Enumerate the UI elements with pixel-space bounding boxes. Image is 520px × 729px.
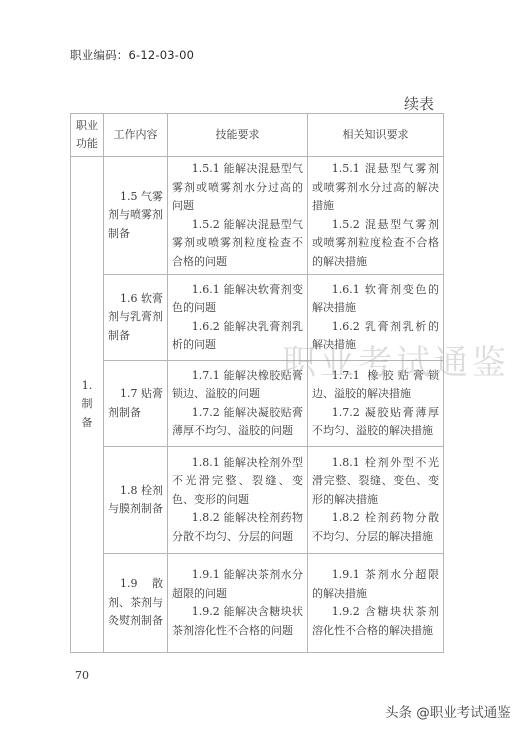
table-header-row: 职业 功能 工作内容 技能要求 相关知识要求: [71, 114, 444, 157]
work-content: 1.5 气雾剂与喷雾剂制备: [108, 190, 163, 240]
table-row: 1.9 散剂、茶剂与灸熨剂制备 1.9.1 能解决茶剂水分超限的问题 1.9.2…: [71, 554, 444, 653]
knowledge-item: 1.5.1 混悬型气雾剂或喷雾剂水分过高的解决措施: [312, 160, 439, 216]
work-content-cell: 1.6 软膏剂与乳膏剂制备: [104, 275, 168, 361]
skills-cell: 1.7.1 能解决橡胶贴膏锁边、溢胶的问题 1.7.2 能解决凝胶贴膏薄厚不均匀…: [168, 361, 308, 447]
work-content: 1.6 软膏剂与乳膏剂制备: [108, 292, 163, 342]
function-char: 备: [82, 416, 93, 429]
knowledge-cell: 1.8.1 栓剂外型不光滑完整、裂缝、变色、变形的解决措施 1.8.2 栓剂药物…: [308, 447, 444, 554]
header-function: 职业 功能: [71, 114, 104, 157]
skills-table: 职业 功能 工作内容 技能要求 相关知识要求 1. 制 备 1.5 气雾剂与喷雾…: [70, 113, 444, 653]
knowledge-cell: 1.9.1 茶剂水分超限的解决措施 1.9.2 含糖块状茶剂溶化性不合格的解决措…: [308, 554, 444, 653]
function-char: 制: [82, 397, 93, 410]
header-function-line1: 职业: [76, 119, 98, 132]
knowledge-item: 1.9.2 含糖块状茶剂溶化性不合格的解决措施: [312, 603, 439, 640]
source-watermark: 头条 @职业考试通鉴: [385, 701, 511, 721]
skill-item: 1.8.1 能解决栓剂外型不光滑完整、裂缝、变色、变形的问题: [172, 454, 303, 510]
table-row: 1.8 栓剂与膜剂制备 1.8.1 能解决栓剂外型不光滑完整、裂缝、变色、变形的…: [71, 447, 444, 554]
table-row: 1.6 软膏剂与乳膏剂制备 1.6.1 能解决软膏剂变色的问题 1.6.2 能解…: [71, 275, 444, 361]
skill-item: 1.9.1 能解决茶剂水分超限的问题: [172, 566, 303, 603]
work-content-cell: 1.9 散剂、茶剂与灸熨剂制备: [104, 554, 168, 653]
header-knowledge-requirements: 相关知识要求: [308, 114, 444, 157]
work-content-cell: 1.7 贴膏剂制备: [104, 361, 168, 447]
knowledge-cell: 1.6.1 软膏剂变色的解决措施 1.6.2 乳膏剂乳析的解决措施: [308, 275, 444, 361]
skills-cell: 1.8.1 能解决栓剂外型不光滑完整、裂缝、变色、变形的问题 1.8.2 能解决…: [168, 447, 308, 554]
skills-cell: 1.6.1 能解决软膏剂变色的问题 1.6.2 能解决乳膏剂乳析的问题: [168, 275, 308, 361]
function-cell: 1. 制 备: [71, 157, 104, 653]
skill-item: 1.6.1 能解决软膏剂变色的问题: [172, 281, 303, 318]
header-work-content: 工作内容: [104, 114, 168, 157]
page-number: 70: [75, 669, 89, 682]
header-skill-requirements: 技能要求: [168, 114, 308, 157]
skill-item: 1.9.2 能解决含糖块状茶剂溶化性不合格的问题: [172, 603, 303, 640]
knowledge-item: 1.7.1 橡胶贴膏锁边、溢胶的解决措施: [312, 367, 439, 404]
occupation-code: 职业编码：6-12-03-00: [70, 47, 194, 63]
work-content: 1.7 贴膏剂制备: [108, 387, 163, 419]
knowledge-item: 1.8.2 栓剂药物分散不均匀、分层的解决措施: [312, 509, 439, 546]
work-content: 1.8 栓剂与膜剂制备: [108, 484, 163, 516]
knowledge-item: 1.5.2 混悬型气雾剂或喷雾剂粒度检查不合格的解决措施: [312, 216, 439, 272]
work-content-cell: 1.8 栓剂与膜剂制备: [104, 447, 168, 554]
continued-label: 续表: [404, 93, 434, 114]
knowledge-item: 1.6.2 乳膏剂乳析的解决措施: [312, 318, 439, 355]
knowledge-item: 1.6.1 软膏剂变色的解决措施: [312, 281, 439, 318]
skill-item: 1.6.2 能解决乳膏剂乳析的问题: [172, 318, 303, 355]
header-function-line2: 功能: [76, 137, 98, 150]
table-row: 1.7 贴膏剂制备 1.7.1 能解决橡胶贴膏锁边、溢胶的问题 1.7.2 能解…: [71, 361, 444, 447]
skills-cell: 1.9.1 能解决茶剂水分超限的问题 1.9.2 能解决含糖块状茶剂溶化性不合格…: [168, 554, 308, 653]
skill-item: 1.7.1 能解决橡胶贴膏锁边、溢胶的问题: [172, 367, 303, 404]
knowledge-cell: 1.5.1 混悬型气雾剂或喷雾剂水分过高的解决措施 1.5.2 混悬型气雾剂或喷…: [308, 157, 444, 275]
skills-cell: 1.5.1 能解决混悬型气雾剂或喷雾剂水分过高的问题 1.5.2 能解决混悬型气…: [168, 157, 308, 275]
skill-item: 1.5.1 能解决混悬型气雾剂或喷雾剂水分过高的问题: [172, 160, 303, 216]
function-number: 1.: [82, 379, 93, 392]
work-content-cell: 1.5 气雾剂与喷雾剂制备: [104, 157, 168, 275]
work-content: 1.9 散剂、茶剂与灸熨剂制备: [108, 577, 163, 627]
knowledge-cell: 1.7.1 橡胶贴膏锁边、溢胶的解决措施 1.7.2 凝胶贴膏薄厚不均匀、溢胶的…: [308, 361, 444, 447]
skill-item: 1.8.2 能解决栓剂药物分散不均匀、分层的问题: [172, 509, 303, 546]
knowledge-item: 1.7.2 凝胶贴膏薄厚不均匀、溢胶的解决措施: [312, 404, 439, 441]
table-row: 1. 制 备 1.5 气雾剂与喷雾剂制备 1.5.1 能解决混悬型气雾剂或喷雾剂…: [71, 157, 444, 275]
knowledge-item: 1.9.1 茶剂水分超限的解决措施: [312, 566, 439, 603]
knowledge-item: 1.8.1 栓剂外型不光滑完整、裂缝、变色、变形的解决措施: [312, 454, 439, 510]
skill-item: 1.7.2 能解决凝胶贴膏薄厚不均匀、溢胶的问题: [172, 404, 303, 441]
skill-item: 1.5.2 能解决混悬型气雾剂或喷雾剂粒度检查不合格的问题: [172, 216, 303, 272]
